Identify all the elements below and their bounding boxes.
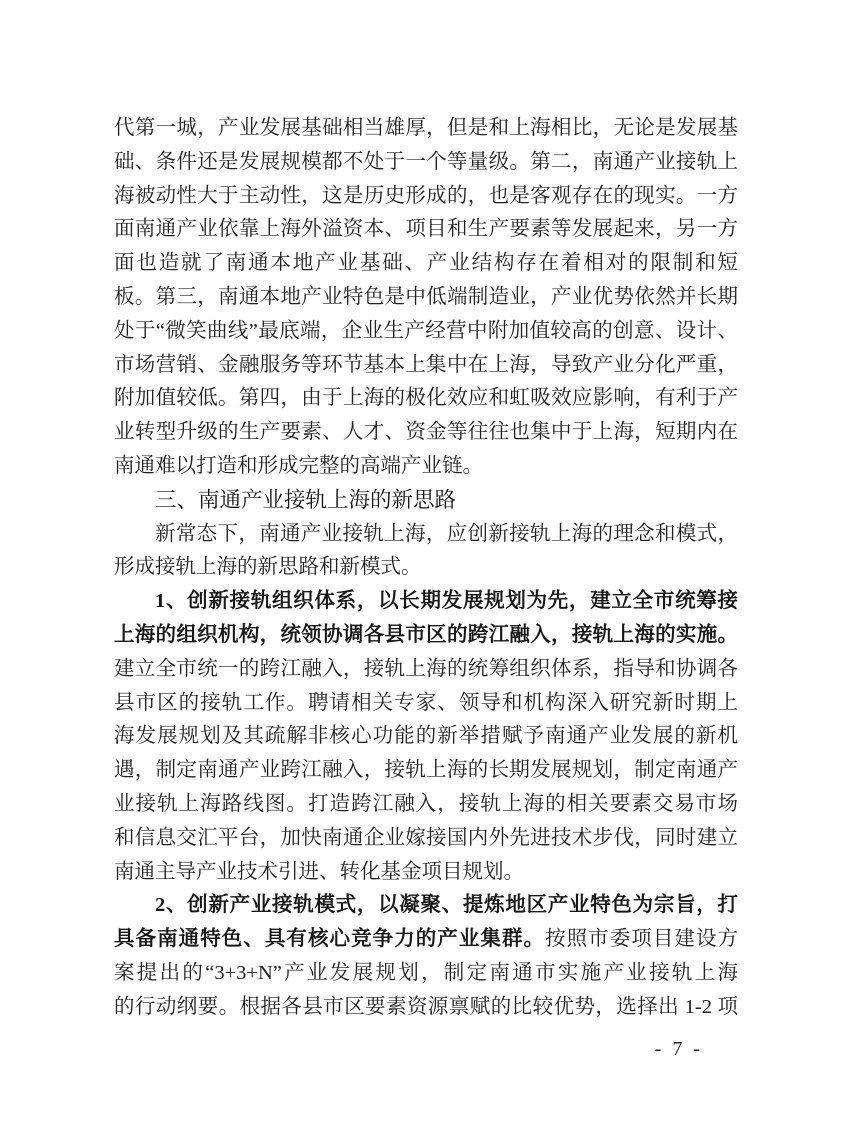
text-segment: 业转型升级的生产要素、人才、资金等往往也集中于上海，短期内在 xyxy=(114,421,738,443)
text-segment: 南通主导产业技术引进、转化基金项目规划。 xyxy=(114,861,524,883)
emphasized-text-segment: 2、创新产业接轨模式，以凝聚、提炼地区产业特色为宗旨，打造 xyxy=(114,894,738,923)
text-line: 板。第三，南通本地产业特色是中低端制造业，产业优势依然并长期 xyxy=(114,281,738,315)
text-segment: 处于“微笑曲线”最底端，企业生产经营中附加值较高的创意、设计、 xyxy=(114,320,738,342)
text-segment: 县市区的接轨工作。聘请相关专家、领导和机构深入研究新时期上 xyxy=(114,692,738,714)
text-segment: 和信息交汇平台，加快南通企业嫁接国内外先进技术步伐，同时建立 xyxy=(114,827,738,849)
section-heading: 三、南通产业接轨上海的新思路 xyxy=(114,484,738,518)
text-line: 上海的组织机构，统领协调各县市区的跨江融入，接轨上海的实施。 xyxy=(114,619,738,653)
text-segment: 新常态下，南通产业接轨上海，应创新接轨上海的理念和模式， xyxy=(155,523,738,545)
text-segment: 海发展规划及其疏解非核心功能的新举措赋予南通产业发展的新机 xyxy=(114,725,738,747)
text-line: 的行动纲要。根据各县市区要素资源禀赋的比较优势，选择出 1-2 项 xyxy=(114,991,738,1025)
text-line: 业转型升级的生产要素、人才、资金等往往也集中于上海，短期内在 xyxy=(114,416,738,450)
text-segment: 三、南通产业接轨上海的新思路 xyxy=(155,488,456,512)
text-line: 海发展规划及其疏解非核心功能的新举措赋予南通产业发展的新机 xyxy=(114,720,738,754)
text-segment: 建立全市统一的跨江融入，接轨上海的统筹组织体系，指导和协调各 xyxy=(114,658,738,680)
emphasized-text-segment: 上海的组织机构，统领协调各县市区的跨江融入，接轨上海的实施。 xyxy=(114,624,738,646)
text-segment: 础、条件还是发展规模都不处于一个等量级。第二，南通产业接轨上 xyxy=(114,151,738,173)
text-segment: 板。第三，南通本地产业特色是中低端制造业，产业优势依然并长期 xyxy=(114,286,738,308)
text-line: 市场营销、金融服务等环节基本上集中在上海，导致产业分化严重， xyxy=(114,349,738,383)
text-segment: 业接轨上海路线图。打造跨江融入，接轨上海的相关要素交易市场 xyxy=(114,793,738,815)
text-line: 遇，制定南通产业跨江融入，接轨上海的长期发展规划，制定南通产 xyxy=(114,754,738,788)
text-line: 具备南通特色、具有核心竞争力的产业集群。按照市委项目建设方 xyxy=(114,923,738,957)
text-line: 业接轨上海路线图。打造跨江融入，接轨上海的相关要素交易市场 xyxy=(114,788,738,822)
text-line: 案提出的“3+3+N”产业发展规划，制定南通市实施产业接轨上海 xyxy=(114,957,738,991)
text-line: 形成接轨上海的新思路和新模式。 xyxy=(114,551,738,585)
text-segment: 市场营销、金融服务等环节基本上集中在上海，导致产业分化严重， xyxy=(114,354,738,376)
text-line: 新常态下，南通产业接轨上海，应创新接轨上海的理念和模式， xyxy=(114,518,738,552)
text-line: 础、条件还是发展规模都不处于一个等量级。第二，南通产业接轨上 xyxy=(114,146,738,180)
emphasized-text-segment: 1、创新接轨组织体系，以长期发展规划为先，建立全市统筹接轨 xyxy=(114,590,738,619)
text-segment: 的行动纲要。根据各县市区要素资源禀赋的比较优势，选择出 1-2 项 xyxy=(114,996,738,1018)
text-line: 和信息交汇平台，加快南通企业嫁接国内外先进技术步伐，同时建立 xyxy=(114,822,738,856)
text-line: 附加值较低。第四，由于上海的极化效应和虹吸效应影响，有利于产 xyxy=(114,382,738,416)
text-line: 海被动性大于主动性，这是历史形成的，也是客观存在的现实。一方 xyxy=(114,180,738,214)
text-segment: 附加值较低。第四，由于上海的极化效应和虹吸效应影响，有利于产 xyxy=(114,387,738,409)
text-segment: 代第一城，产业发展基础相当雄厚，但是和上海相比，无论是发展基 xyxy=(114,117,738,139)
text-segment: 案提出的“3+3+N”产业发展规划，制定南通市实施产业接轨上海 xyxy=(114,962,738,984)
text-line: 面南通产业依靠上海外溢资本、项目和生产要素等发展起来，另一方 xyxy=(114,213,738,247)
text-line: 处于“微笑曲线”最底端，企业生产经营中附加值较高的创意、设计、 xyxy=(114,315,738,349)
text-line: 南通难以打造和形成完整的高端产业链。 xyxy=(114,450,738,484)
text-segment: 形成接轨上海的新思路和新模式。 xyxy=(114,556,422,578)
document-body: 代第一城，产业发展基础相当雄厚，但是和上海相比，无论是发展基础、条件还是发展规模… xyxy=(114,112,738,1025)
text-line: 南通主导产业技术引进、转化基金项目规划。 xyxy=(114,856,738,890)
document-page: 代第一城，产业发展基础相当雄厚，但是和上海相比，无论是发展基础、条件还是发展规模… xyxy=(0,0,850,1146)
text-segment: 南通难以打造和形成完整的高端产业链。 xyxy=(114,455,483,477)
text-line: 代第一城，产业发展基础相当雄厚，但是和上海相比，无论是发展基 xyxy=(114,112,738,146)
text-segment: 遇，制定南通产业跨江融入，接轨上海的长期发展规划，制定南通产 xyxy=(114,759,738,781)
text-line: 面也造就了南通本地产业基础、产业结构存在着相对的限制和短 xyxy=(114,247,738,281)
text-segment: 海被动性大于主动性，这是历史形成的，也是客观存在的现实。一方 xyxy=(114,185,738,207)
text-segment: 面南通产业依靠上海外溢资本、项目和生产要素等发展起来，另一方 xyxy=(114,218,738,240)
text-line: 县市区的接轨工作。聘请相关专家、领导和机构深入研究新时期上 xyxy=(114,687,738,721)
text-segment: 面也造就了南通本地产业基础、产业结构存在着相对的限制和短 xyxy=(114,252,738,274)
text-line: 1、创新接轨组织体系，以长期发展规划为先，建立全市统筹接轨 xyxy=(114,585,738,619)
text-segment: 按照市委项目建设方 xyxy=(545,928,738,950)
page-number: - 7 - xyxy=(655,1038,703,1061)
emphasized-text-segment: 具备南通特色、具有核心竞争力的产业集群。 xyxy=(114,928,545,950)
text-line: 建立全市统一的跨江融入，接轨上海的统筹组织体系，指导和协调各 xyxy=(114,653,738,687)
text-line: 2、创新产业接轨模式，以凝聚、提炼地区产业特色为宗旨，打造 xyxy=(114,889,738,923)
